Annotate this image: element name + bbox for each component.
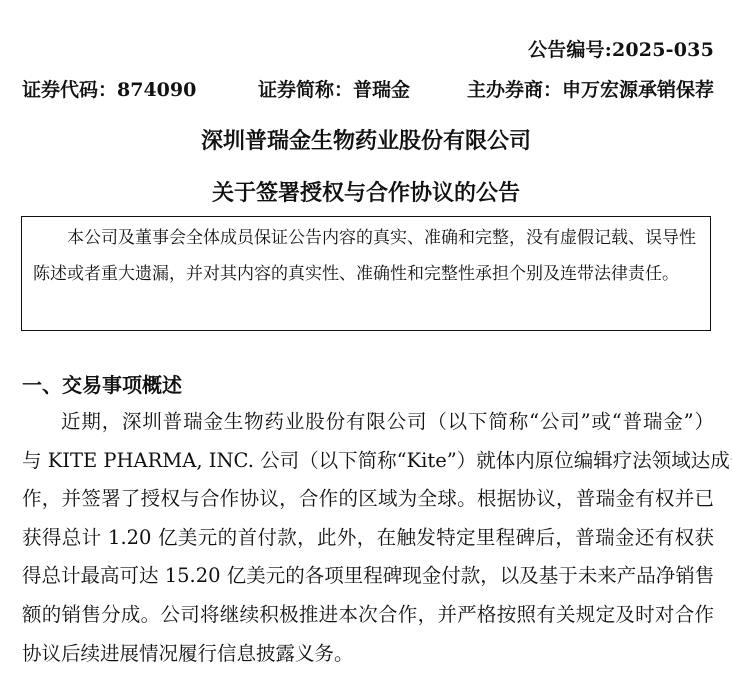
- responsibility-statement-text: 本公司及董事会全体成员保证公告内容的真实、准确和完整，没有虚假记载、误导性陈述或…: [33, 220, 696, 292]
- section-heading-transaction-overview: 一、交易事项概述: [22, 369, 182, 398]
- responsibility-statement-box: 本公司及董事会全体成员保证公告内容的真实、准确和完整，没有虚假记载、误导性陈述或…: [21, 216, 711, 331]
- securities-info-line: 证券代码：874090 证券简称：普瑞金 主办券商：申万宏源承销保荐: [22, 75, 714, 101]
- paragraph-line: 额的销售分成。公司将继续积极推进本次合作，并严格按照有关规定及时对合作: [22, 596, 714, 635]
- securities-abbreviation: 证券简称：普瑞金: [258, 75, 410, 102]
- company-title: 深圳普瑞金生物药业股份有限公司: [0, 124, 732, 155]
- paragraph-line: 与 KITE PHARMA, INC. 公司（以下简称“Kite”）就体内原位编…: [22, 442, 714, 481]
- announcement-number: 公告编号:2025-035: [528, 35, 714, 62]
- paragraph-line: 得总计最高可达 15.20 亿美元的各项里程碑现金付款，以及基于未来产品净销售: [22, 557, 714, 596]
- paragraph-line: 获得总计 1.20 亿美元的首付款，此外，在触发特定里程碑后，普瑞金还有权获: [22, 519, 714, 558]
- transaction-overview-paragraph: 近期，深圳普瑞金生物药业股份有限公司（以下简称“公司”或“普瑞金”） 与 KIT…: [22, 403, 714, 673]
- paragraph-line: 近期，深圳普瑞金生物药业股份有限公司（以下简称“公司”或“普瑞金”）: [22, 403, 714, 442]
- lead-broker: 主办券商：申万宏源承销保荐: [467, 75, 714, 102]
- paragraph-line: 协议后续进展情况履行信息披露义务。: [22, 635, 714, 674]
- announcement-title: 关于签署授权与合作协议的公告: [0, 176, 732, 207]
- paragraph-line: 作，并签署了授权与合作协议，合作的区域为全球。根据协议，普瑞金有权并已: [22, 480, 714, 519]
- securities-code: 证券代码：874090: [22, 75, 196, 102]
